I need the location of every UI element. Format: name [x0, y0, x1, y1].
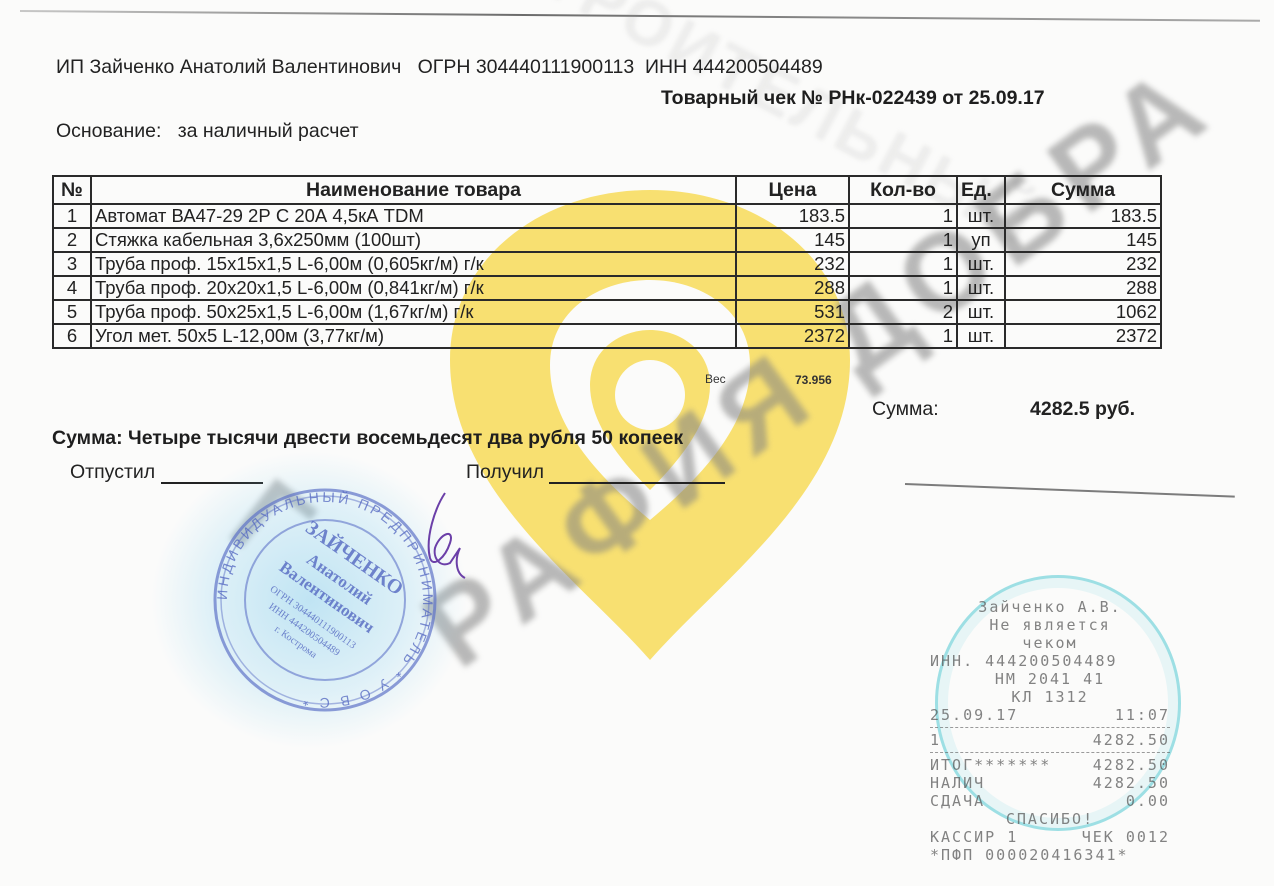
- receipt-paper-edge: [905, 483, 1235, 498]
- header-unit: Ед.: [957, 176, 1005, 204]
- cell-price: 531: [736, 300, 849, 324]
- handwritten-signature-icon: [405, 488, 475, 588]
- cell-price: 288: [736, 276, 849, 300]
- receipt-separator: [930, 727, 1170, 728]
- cell-price: 145: [736, 228, 849, 252]
- receipt-line-left: ИТОГ*******: [930, 756, 1051, 774]
- receipt-line: КЛ 1312: [930, 688, 1170, 706]
- cell-sum: 1062: [1005, 300, 1161, 324]
- cell-name: Труба проф. 15х15х1,5 L-6,00м (0,605кг/м…: [91, 252, 736, 276]
- cell-qty: 1: [849, 252, 957, 276]
- receipt-line-right: 4282.50: [1093, 774, 1170, 792]
- cell-name: Угол мет. 50х5 L-12,00м (3,77кг/м): [91, 324, 736, 348]
- receipt-line: 14282.50: [930, 731, 1170, 749]
- received-signature-line: [549, 462, 725, 484]
- cell-sum: 145: [1005, 228, 1161, 252]
- receipt-line: ИНН. 444200504489: [930, 652, 1170, 670]
- receipt-line: 25.09.1711:07: [930, 706, 1170, 724]
- header-no: №: [53, 176, 91, 204]
- document-title: Товарный чек № РНк-022439 от 25.09.17: [661, 87, 1045, 110]
- cell-unit: шт.: [957, 204, 1005, 228]
- fiscal-receipt: Зайченко А.В.Не являетсячекомИНН. 444200…: [930, 598, 1170, 864]
- receipt-line: НАЛИЧ4282.50: [930, 774, 1170, 792]
- receipt-line: СДАЧА0.00: [930, 792, 1170, 810]
- cell-unit: шт.: [957, 300, 1005, 324]
- cell-no: 5: [53, 300, 91, 324]
- receipt-separator: [930, 752, 1170, 753]
- table-row: 4Труба проф. 20х20х1,5 L-6,00м (0,841кг/…: [53, 276, 1161, 300]
- receipt-line: СПАСИБО!: [930, 810, 1170, 828]
- table-row: 1Автомат ВА47-29 2Р С 20А 4,5кА TDM183.5…: [53, 204, 1161, 228]
- receipt-line: Не является: [930, 616, 1170, 634]
- seller-info: ИП Зайченко Анатолий Валентинович ОГРН 3…: [56, 56, 823, 79]
- table-row: 6Угол мет. 50х5 L-12,00м (3,77кг/м)23721…: [53, 324, 1161, 348]
- header-qty: Кол-во: [849, 176, 957, 204]
- cell-name: Автомат ВА47-29 2Р С 20А 4,5кА TDM: [91, 204, 736, 228]
- cell-sum: 288: [1005, 276, 1161, 300]
- receipt-line-left: КАССИР 1: [930, 828, 1018, 846]
- receipt-line-left: 25.09.17: [930, 706, 1018, 724]
- header-price: Цена: [736, 176, 849, 204]
- received-label: Получил: [466, 461, 544, 483]
- cell-sum: 183.5: [1005, 204, 1161, 228]
- table-row: 3Труба проф. 15х15х1,5 L-6,00м (0,605кг/…: [53, 252, 1161, 276]
- cell-unit: шт.: [957, 324, 1005, 348]
- receipt-line: чеком: [930, 634, 1170, 652]
- total-value: 4282.5 руб.: [1030, 398, 1135, 421]
- cell-qty: 1: [849, 324, 957, 348]
- receipt-line: Зайченко А.В.: [930, 598, 1170, 616]
- cell-name: Труба проф. 20х20х1,5 L-6,00м (0,841кг/м…: [91, 276, 736, 300]
- receipt-line-right: 0.00: [1126, 792, 1170, 810]
- receipt-line-left: НАЛИЧ: [930, 774, 985, 792]
- payment-basis: Основание: за наличный расчет: [56, 120, 359, 143]
- cell-price: 2372: [736, 324, 849, 348]
- cell-no: 6: [53, 324, 91, 348]
- cell-no: 2: [53, 228, 91, 252]
- weight-label: Вес: [705, 372, 726, 386]
- receipt-line: НМ 2041 41: [930, 670, 1170, 688]
- cell-qty: 1: [849, 228, 957, 252]
- receipt-line: *ПФП 000020416341*: [930, 846, 1170, 864]
- items-table: № Наименование товара Цена Кол-во Ед. Су…: [52, 175, 1162, 349]
- cell-unit: уп: [957, 228, 1005, 252]
- receipt-document: СТРОИТЕЛЬНЫЙ Г РАФИЯ ДОБРА ИП Зайченко А…: [0, 0, 1274, 886]
- header-name: Наименование товара: [91, 176, 736, 204]
- total-in-words: Сумма: Четыре тысячи двести восемьдесят …: [52, 427, 683, 450]
- receipt-line-right: 11:07: [1115, 706, 1170, 724]
- receipt-line-right: 4282.50: [1093, 756, 1170, 774]
- released-label: Отпустил: [70, 461, 155, 483]
- receipt-line-right: ЧЕК 0012: [1082, 828, 1170, 846]
- cell-qty: 2: [849, 300, 957, 324]
- receipt-line: КАССИР 1ЧЕК 0012: [930, 828, 1170, 846]
- receipt-line-right: 4282.50: [1093, 731, 1170, 749]
- cell-sum: 2372: [1005, 324, 1161, 348]
- cell-price: 232: [736, 252, 849, 276]
- cell-name: Труба проф. 50х25х1,5 L-6,00м (1,67кг/м)…: [91, 300, 736, 324]
- table-header-row: № Наименование товара Цена Кол-во Ед. Су…: [53, 176, 1161, 204]
- receipt-line: ИТОГ*******4282.50: [930, 756, 1170, 774]
- receipt-line-left: 1: [930, 731, 941, 749]
- receipt-line-left: СДАЧА: [930, 792, 985, 810]
- total-label: Сумма:: [872, 398, 939, 421]
- header-sum: Сумма: [1005, 176, 1161, 204]
- cell-price: 183.5: [736, 204, 849, 228]
- table-row: 5Труба проф. 50х25х1,5 L-6,00м (1,67кг/м…: [53, 300, 1161, 324]
- received-by-signature: Получил: [466, 461, 725, 484]
- cell-unit: шт.: [957, 252, 1005, 276]
- cell-sum: 232: [1005, 252, 1161, 276]
- cell-qty: 1: [849, 204, 957, 228]
- cell-no: 4: [53, 276, 91, 300]
- cell-no: 1: [53, 204, 91, 228]
- table-row: 2Стяжка кабельная 3,6х250мм (100шт)1451у…: [53, 228, 1161, 252]
- cell-no: 3: [53, 252, 91, 276]
- cell-name: Стяжка кабельная 3,6х250мм (100шт): [91, 228, 736, 252]
- cell-qty: 1: [849, 276, 957, 300]
- cell-unit: шт.: [957, 276, 1005, 300]
- weight-value: 73.956: [795, 373, 832, 387]
